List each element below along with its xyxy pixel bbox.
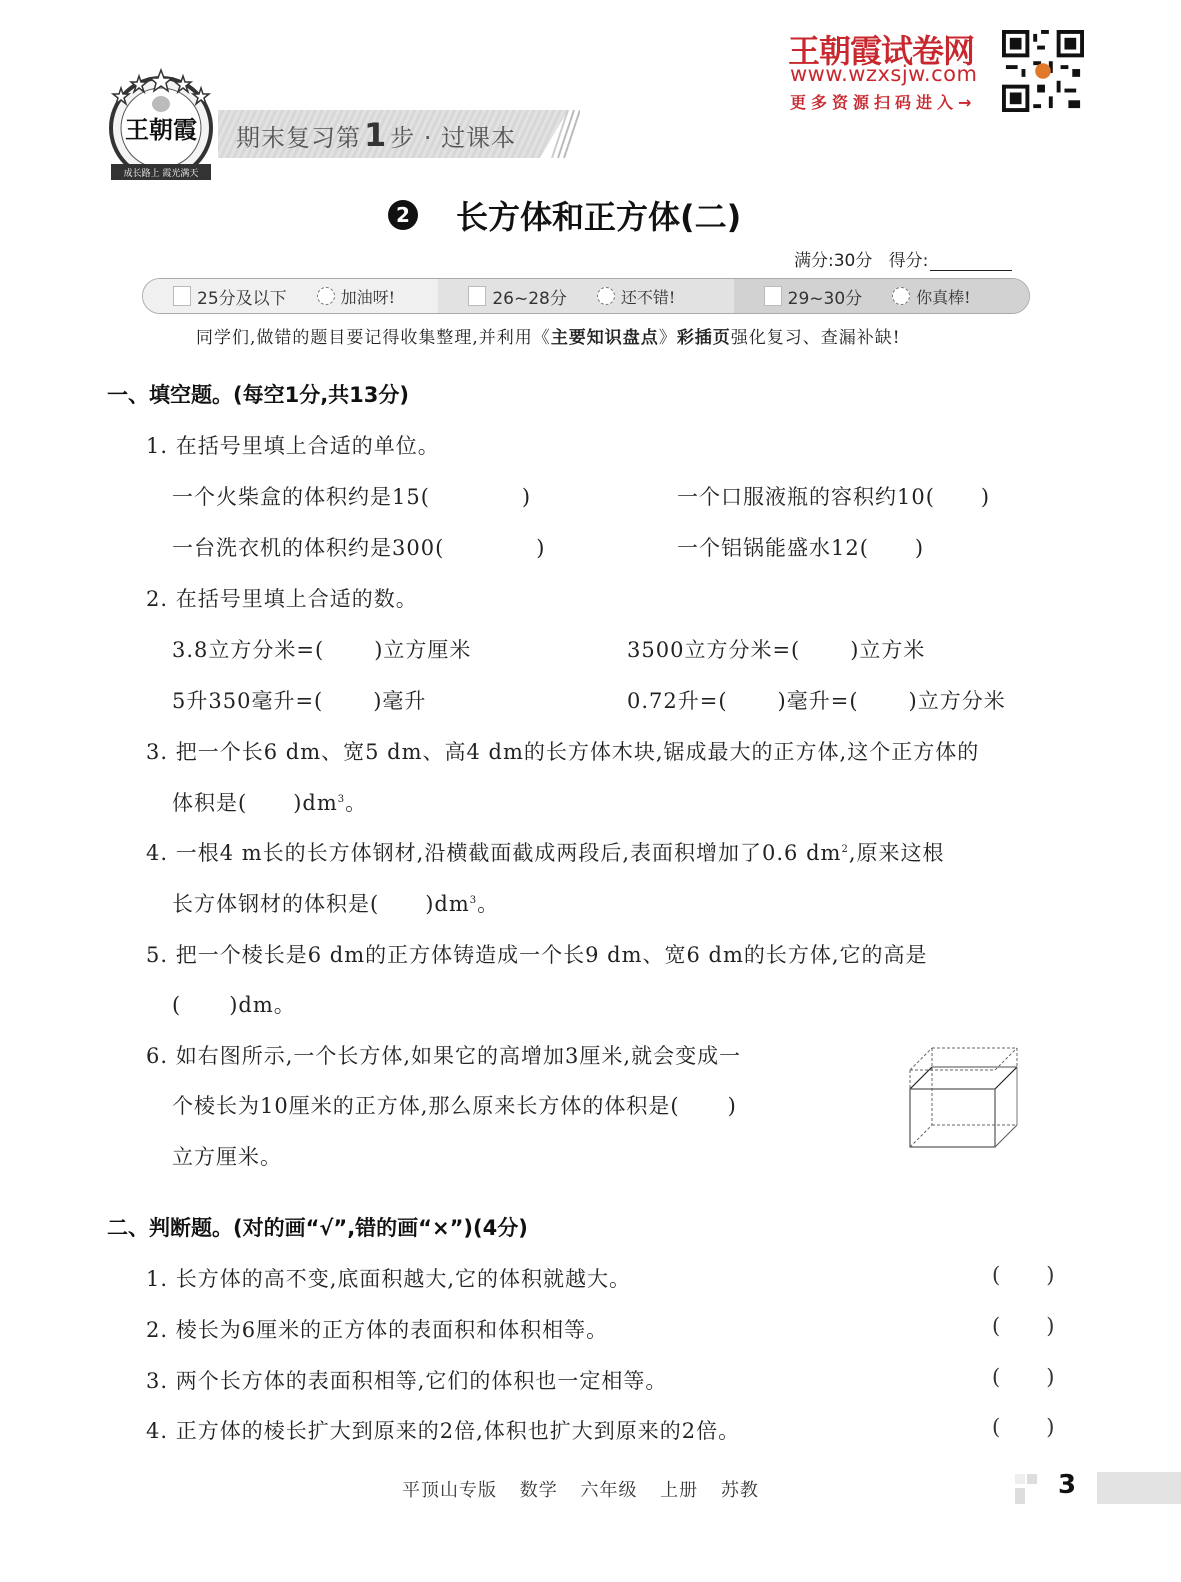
face-icon bbox=[597, 287, 615, 305]
q4-end: 。 bbox=[477, 892, 499, 916]
notice-post: 强化复习、查漏补缺! bbox=[731, 328, 901, 348]
banner-step-number: 1 bbox=[364, 116, 387, 154]
q1-item-text: 一台洗衣机的体积约是300( bbox=[172, 536, 444, 560]
q1-item-text: 一个铝锅能盛水12( bbox=[677, 536, 869, 560]
q3-post: )dm bbox=[293, 791, 338, 815]
q5-line-2: ()dm。 bbox=[172, 989, 296, 1019]
q2-post: )立方厘米 bbox=[374, 638, 471, 662]
paren-open: ( bbox=[992, 1415, 1000, 1439]
rating-option-mid[interactable]: 26~28分 还不错! bbox=[438, 279, 733, 313]
rating-cheer: 还不错! bbox=[621, 285, 675, 308]
q2-post: )立方分米 bbox=[909, 689, 1006, 713]
q5-line-1: 5. 把一个棱长是6 dm的正方体铸造成一个长9 dm、宽6 dm的长方体,它的… bbox=[146, 939, 928, 969]
q5-post: )dm。 bbox=[229, 993, 296, 1017]
rating-range: 26~28分 bbox=[492, 284, 567, 309]
q2-item-d: 0.72升=()毫升=()立方分米 bbox=[627, 685, 1006, 715]
paren-open: ( bbox=[992, 1314, 1000, 1338]
q6-line-1: 6. 如右图所示,一个长方体,如果它的高增加3厘米,就会变成一 bbox=[146, 1040, 741, 1070]
judge-answer-1[interactable]: () bbox=[992, 1263, 1054, 1287]
q2-pre: 0.72升=( bbox=[627, 689, 728, 713]
paren-close: ) bbox=[1046, 1263, 1054, 1287]
brand-more-link[interactable]: 更多资源扫码进入→ bbox=[790, 90, 976, 113]
q2-pre: 3.8立方分米=( bbox=[172, 638, 324, 662]
paren-close: ) bbox=[1046, 1314, 1054, 1338]
notice-mid: 》 bbox=[659, 328, 677, 348]
q2-pre: 5升350毫升=( bbox=[172, 689, 323, 713]
q3-line-1: 3. 把一个长6 dm、宽5 dm、高4 dm的长方体木块,锯成最大的正方体,这… bbox=[146, 736, 979, 766]
rating-option-low[interactable]: 25分及以下 加油呀! bbox=[143, 279, 438, 313]
q4-line-2: 长方体钢材的体积是()dm3。 bbox=[172, 888, 499, 918]
q2-mid: )毫升=( bbox=[778, 689, 859, 713]
brand-logo-badge: 王朝霞 成长路上 霞光满天 bbox=[107, 68, 215, 186]
q4-pre: 4. 一根4 m长的长方体钢材,沿横截面截成两段后,表面积增加了0.6 dm bbox=[146, 841, 841, 865]
banner-suffix: 步 · 过课本 bbox=[390, 124, 516, 152]
q4-pre2: 长方体钢材的体积是( bbox=[172, 892, 379, 916]
q2-pre: 3500立方分米=( bbox=[627, 638, 800, 662]
paren-close: ) bbox=[536, 536, 545, 560]
section-1-heading: 一、填空题。(每空1分,共13分) bbox=[107, 379, 409, 409]
self-rating-bar: 25分及以下 加油呀! 26~28分 还不错! 29~30分 你真棒! bbox=[142, 278, 1030, 314]
paren-close: ) bbox=[522, 485, 531, 509]
checkbox-icon[interactable] bbox=[764, 286, 782, 306]
rating-range: 29~30分 bbox=[788, 284, 863, 309]
q6-pre: 个棱长为10厘米的正方体,那么原来长方体的体积是( bbox=[172, 1094, 680, 1118]
judge-answer-2[interactable]: () bbox=[992, 1314, 1054, 1338]
q1-item-2: 一个口服液瓶的容积约10() bbox=[677, 481, 990, 511]
q2-item-a: 3.8立方分米=()立方厘米 bbox=[172, 634, 471, 664]
paren-close: ) bbox=[915, 536, 924, 560]
banner-title: 期末复习第1步 · 过课本 bbox=[236, 116, 516, 154]
face-icon bbox=[892, 287, 910, 305]
paren-close: ) bbox=[1046, 1365, 1054, 1389]
cuboid-diagram bbox=[905, 1043, 1025, 1153]
q3-end: 。 bbox=[345, 791, 367, 815]
brand-url[interactable]: www.wzxsjw.com bbox=[790, 62, 977, 86]
q1-item-4: 一个铝锅能盛水12() bbox=[677, 532, 924, 562]
chapter-number-badge: 2 bbox=[388, 200, 418, 230]
q2-post: )立方米 bbox=[850, 638, 925, 662]
q4-post2: )dm bbox=[425, 892, 470, 916]
q6-line-2: 个棱长为10厘米的正方体,那么原来长方体的体积是() bbox=[172, 1090, 737, 1120]
page-corner-decoration bbox=[1015, 1474, 1045, 1504]
full-score-label: 满分:30分 bbox=[794, 251, 872, 271]
q2-item-b: 3500立方分米=()立方米 bbox=[627, 634, 925, 664]
q5-pre: ( bbox=[172, 993, 181, 1017]
q6-line-3: 立方厘米。 bbox=[172, 1141, 282, 1171]
q1-item-1: 一个火柴盒的体积约是15() bbox=[172, 481, 531, 511]
judge-item-1: 1. 长方体的高不变,底面积越大,它的体积就越大。 bbox=[146, 1263, 631, 1293]
checkbox-icon[interactable] bbox=[468, 286, 486, 306]
chapter-title: 长方体和正方体(二) bbox=[456, 192, 741, 238]
q4-post: ,原来这根 bbox=[849, 841, 945, 865]
judge-answer-4[interactable]: () bbox=[992, 1415, 1054, 1439]
banner-prefix: 期末复习第 bbox=[236, 124, 361, 152]
score-box: 满分:30分 得分: bbox=[794, 246, 1012, 271]
notice-bold: 主要知识盘点 bbox=[551, 328, 659, 348]
q1-stem: 1. 在括号里填上合适的单位。 bbox=[146, 430, 440, 460]
q4-sup: 2 bbox=[841, 844, 848, 855]
judge-answer-3[interactable]: () bbox=[992, 1365, 1054, 1389]
qr-code-icon[interactable] bbox=[1002, 30, 1084, 112]
q1-item-text: 一个火柴盒的体积约是15( bbox=[172, 485, 430, 509]
q3-line-2: 体积是()dm3。 bbox=[172, 787, 367, 817]
q2-item-c: 5升350毫升=()毫升 bbox=[172, 685, 426, 715]
got-score-label: 得分: bbox=[889, 251, 929, 271]
paren-close: ) bbox=[981, 485, 990, 509]
banner-slashes bbox=[540, 110, 580, 158]
score-input-line[interactable] bbox=[930, 270, 1012, 271]
page-title: 2 长方体和正方体(二) bbox=[388, 192, 741, 238]
q4-line-1: 4. 一根4 m长的长方体钢材,沿横截面截成两段后,表面积增加了0.6 dm2,… bbox=[146, 837, 945, 867]
section-2-heading: 二、判断题。(对的画“√”,错的画“×”)(4分) bbox=[107, 1212, 528, 1242]
footer-edition: 平顶山专版 数学 六年级 上册 苏教 bbox=[402, 1476, 759, 1502]
notice-bold2: 彩插页 bbox=[677, 328, 731, 348]
judge-item-3: 3. 两个长方体的表面积相等,它们的体积也一定相等。 bbox=[146, 1365, 667, 1395]
q3-pre: 体积是( bbox=[172, 791, 247, 815]
notice-pre: 同学们,做错的题目要记得收集整理,并利用《 bbox=[196, 328, 551, 348]
rating-cheer: 你真棒! bbox=[916, 285, 970, 308]
page-bar bbox=[1097, 1472, 1181, 1504]
q6-post: ) bbox=[728, 1094, 737, 1118]
face-icon bbox=[317, 287, 335, 305]
page-number: 3 bbox=[1058, 1470, 1076, 1500]
q1-item-3: 一台洗衣机的体积约是300() bbox=[172, 532, 545, 562]
judge-item-4: 4. 正方体的棱长扩大到原来的2倍,体积也扩大到原来的2倍。 bbox=[146, 1415, 740, 1445]
rating-range: 25分及以下 bbox=[197, 284, 287, 309]
svg-text:王朝霞: 王朝霞 bbox=[125, 115, 197, 144]
paren-open: ( bbox=[992, 1365, 1000, 1389]
q1-item-text: 一个口服液瓶的容积约10( bbox=[677, 485, 935, 509]
q2-post: )毫升 bbox=[373, 689, 426, 713]
rating-option-high[interactable]: 29~30分 你真棒! bbox=[734, 279, 1029, 313]
judge-item-2: 2. 棱长为6厘米的正方体的表面积和体积相等。 bbox=[146, 1314, 608, 1344]
notice-text: 同学们,做错的题目要记得收集整理,并利用《主要知识盘点》彩插页强化复习、查漏补缺… bbox=[196, 323, 901, 348]
checkbox-icon[interactable] bbox=[173, 286, 191, 306]
q2-stem: 2. 在括号里填上合适的数。 bbox=[146, 583, 418, 613]
rating-cheer: 加油呀! bbox=[341, 285, 395, 308]
paren-open: ( bbox=[992, 1263, 1000, 1287]
paren-close: ) bbox=[1046, 1415, 1054, 1439]
svg-text:成长路上 霞光满天: 成长路上 霞光满天 bbox=[124, 167, 199, 179]
